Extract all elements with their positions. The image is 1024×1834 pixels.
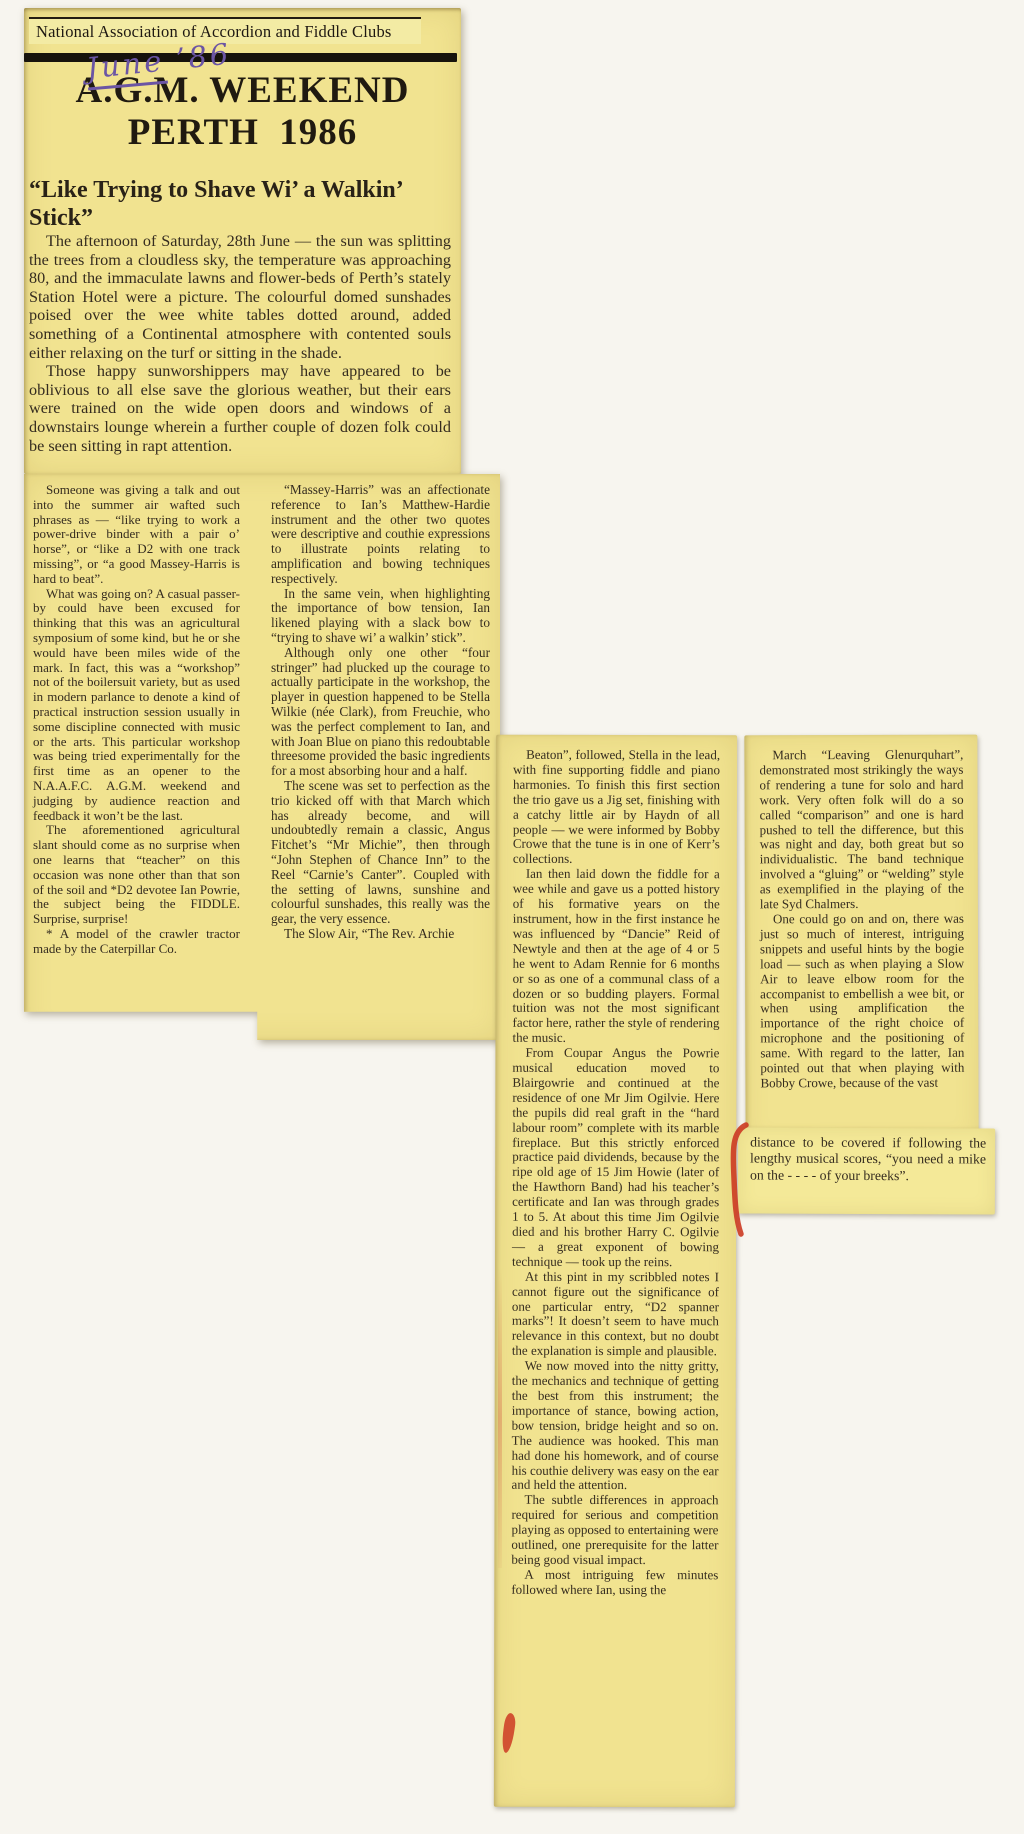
column-1-paragraph-1: Someone was giving a talk and out into t… — [33, 483, 240, 587]
column-3-paragraph-1: Beaton”, followed, Stella in the lead, w… — [513, 748, 720, 868]
intro-section: The afternoon of Saturday, 28th June — t… — [29, 232, 451, 455]
red-pen-streak-mark — [498, 1268, 502, 1568]
column-3-paragraph-6: The subtle differences in approach requi… — [511, 1493, 718, 1568]
headline-line2: PERTH 1986 — [24, 112, 461, 154]
column-1: Someone was giving a talk and out into t… — [33, 483, 240, 1040]
clipping-main-header: National Association of Accordion and Fi… — [24, 8, 461, 474]
red-pen-bracket-mark — [722, 1120, 750, 1240]
column-2-paragraph-5: The Slow Air, “The Rev. Archie — [271, 927, 490, 942]
column-1-paragraph-2: What was going on? A casual passer-by co… — [33, 587, 240, 824]
column-2-paragraph-3: Although only one other “four stringer” … — [271, 646, 490, 779]
column-3-paragraph-7: A most intriguing few minutes followed w… — [511, 1568, 718, 1598]
scanned-newspaper-page: National Association of Accordion and Fi… — [0, 0, 1024, 1834]
column-3-paragraph-2: Ian then laid down the fiddle for a wee … — [512, 867, 719, 1046]
column-4-paragraph-2: One could go on and on, there was just s… — [760, 912, 965, 1092]
column-2-paragraph-4: The scene was set to perfection as the t… — [271, 779, 490, 927]
column-2-paragraph-2: In the same vein, when highlighting the … — [271, 587, 490, 646]
intro-paragraph-1: The afternoon of Saturday, 28th June — t… — [29, 232, 451, 362]
column-3-paragraph-5: We now moved into the nitty gritty, the … — [512, 1359, 719, 1494]
callout-paragraph: distance to be covered if following the … — [750, 1134, 986, 1184]
column-3-paragraph-3: From Coupar Angus the Powrie musical edu… — [512, 1046, 719, 1270]
column-1-paragraph-3: The aforementioned agricultural slant sh… — [33, 823, 240, 927]
column-4-paragraph-1: March “Leaving Glenurquhart”, demonstrat… — [759, 748, 964, 913]
column-3-paragraph-4: At this pint in my scribbled notes I can… — [512, 1270, 719, 1360]
clipping-column-middle: Beaton”, followed, Stella in the lead, w… — [494, 735, 737, 1808]
clipping-main: National Association of Accordion and Fi… — [24, 8, 500, 1040]
column-1-footnote: * A model of the crawler tractor made by… — [33, 927, 240, 957]
column-2-paragraph-1: “Massey-Harris” was an affectionate refe… — [271, 483, 490, 587]
intro-paragraph-2: Those happy sunworshippers may have appe… — [29, 362, 451, 455]
column-2: “Massey-Harris” was an affectionate refe… — [271, 483, 490, 1040]
clipping-main-columns: Someone was giving a talk and out into t… — [24, 474, 500, 1040]
subhead: “Like Trying to Shave Wi’ a Walkin’ Stic… — [29, 176, 459, 232]
clipping-column-right: March “Leaving Glenurquhart”, demonstrat… — [744, 735, 978, 1146]
clipping-callout: distance to be covered if following the … — [738, 1127, 995, 1214]
